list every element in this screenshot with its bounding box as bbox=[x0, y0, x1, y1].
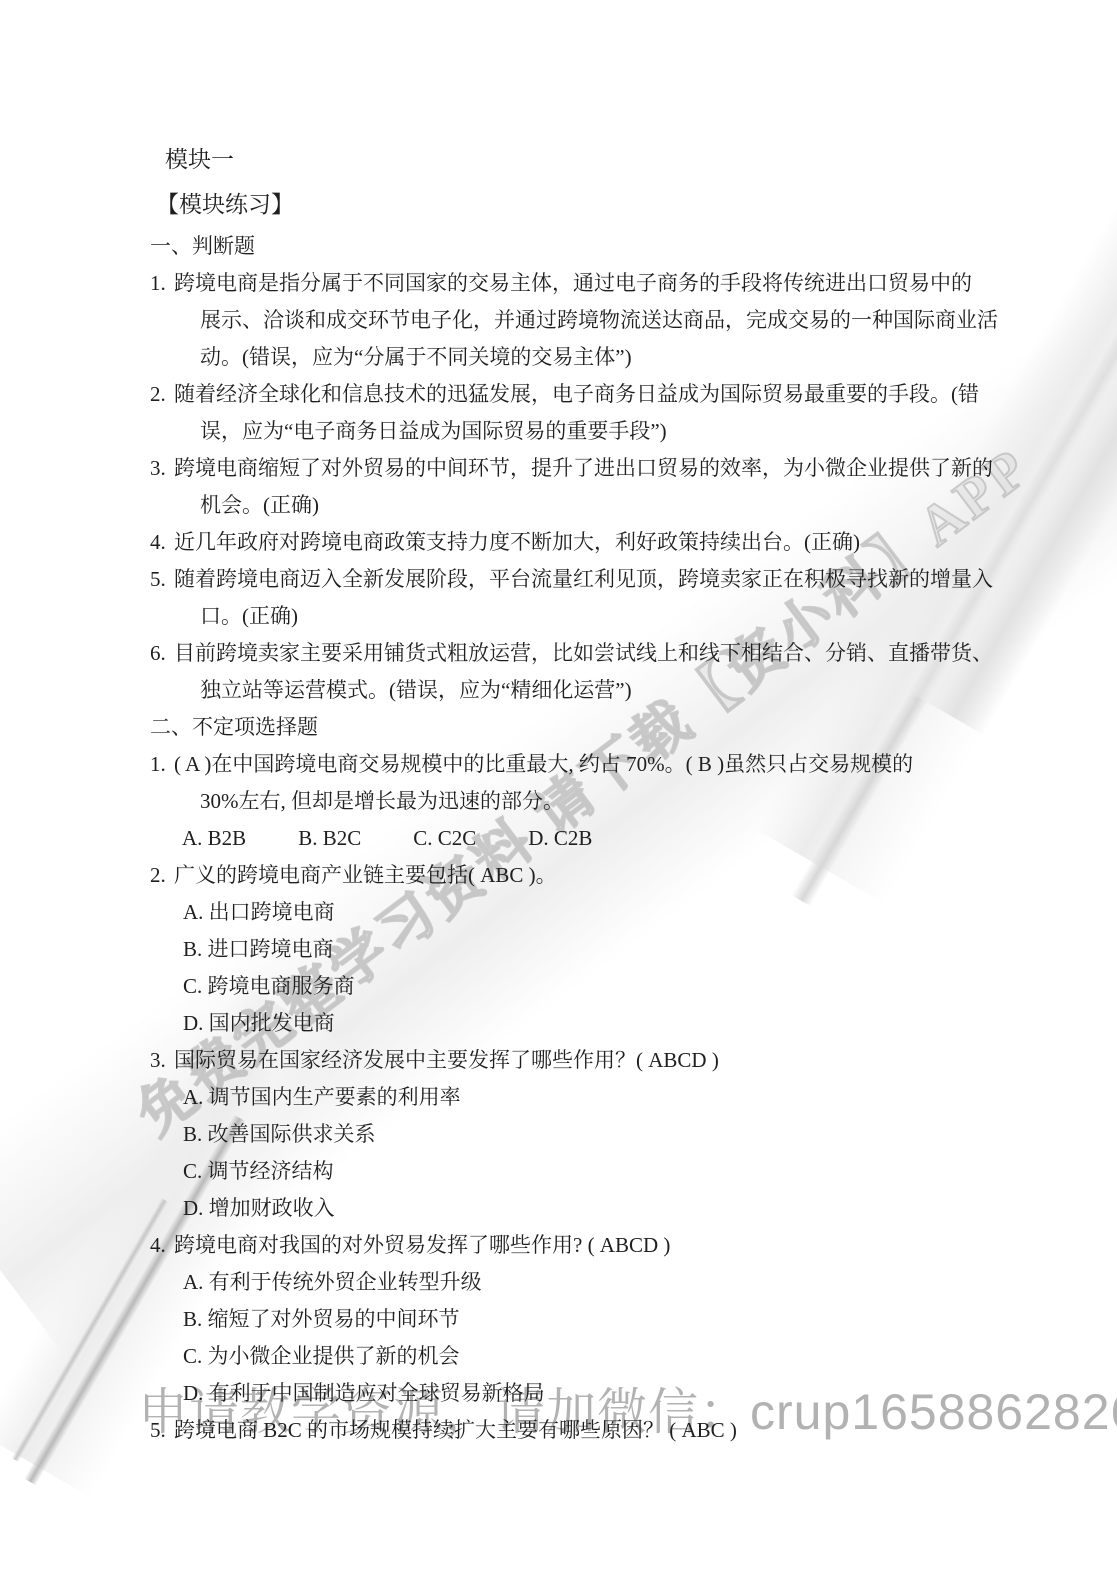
option-line: B. 缩短了对外贸易的中间环节 bbox=[0, 1301, 1117, 1338]
question-number: 1. bbox=[150, 265, 174, 302]
question-line: 3.跨境电商缩短了对外贸易的中间环节，提升了进出口贸易的效率，为小微企业提供了新… bbox=[0, 450, 1117, 487]
question-text: 目前跨境卖家主要采用铺货式粗放运营，比如尝试线上和线下相结合、分销、直播带货、 bbox=[174, 641, 993, 665]
option-item: B. B2C bbox=[298, 820, 361, 857]
question-number: 3. bbox=[150, 450, 174, 487]
question-text: ( A )在中国跨境电商交易规模中的比重最大, 约占 70%。( B )虽然只占… bbox=[174, 752, 913, 776]
document-page: 免费完整学习资料 请下载【资小科】APP 申请教学资源，请加微信：crup165… bbox=[0, 0, 1117, 1579]
question-text: 近几年政府对跨境电商政策支持力度不断加大，利好政策持续出台。(正确) bbox=[174, 530, 860, 554]
question-text: 广义的跨境电商产业链主要包括( ABC )。 bbox=[174, 863, 557, 887]
question-number: 2. bbox=[150, 376, 174, 413]
question-line: 机会。(正确) bbox=[0, 487, 1117, 524]
question-text: 跨境电商是指分属于不同国家的交易主体，通过电子商务的手段将传统进出口贸易中的 bbox=[174, 271, 972, 295]
question-line: 1.( A )在中国跨境电商交易规模中的比重最大, 约占 70%。( B )虽然… bbox=[0, 746, 1117, 783]
option-item: D. C2B bbox=[528, 820, 592, 857]
question-line: 5.随着跨境电商迈入全新发展阶段，平台流量红利见顶，跨境卖家正在积极寻找新的增量… bbox=[0, 561, 1117, 598]
question-line: 口。(正确) bbox=[0, 598, 1117, 635]
question-line: 展示、洽谈和成交环节电子化，并通过跨境物流送达商品，完成交易的一种国际商业活 bbox=[0, 302, 1117, 339]
question-text: 随着跨境电商迈入全新发展阶段，平台流量红利见顶，跨境卖家正在积极寻找新的增量入 bbox=[174, 567, 993, 591]
option-line: A. 调节国内生产要素的利用率 bbox=[0, 1079, 1117, 1116]
option-line: B. 进口跨境电商 bbox=[0, 931, 1117, 968]
document-content: 模块一 【模块练习】 一、判断题1.跨境电商是指分属于不同国家的交易主体，通过电… bbox=[0, 0, 1117, 1579]
option-line: C. 为小微企业提供了新的机会 bbox=[0, 1338, 1117, 1375]
option-line: D. 国内批发电商 bbox=[0, 1005, 1117, 1042]
question-line: 4.跨境电商对我国的对外贸易发挥了哪些作用? ( ABCD ) bbox=[0, 1227, 1117, 1264]
option-line: C. 调节经济结构 bbox=[0, 1153, 1117, 1190]
question-line: 6.目前跨境卖家主要采用铺货式粗放运营，比如尝试线上和线下相结合、分销、直播带货… bbox=[0, 635, 1117, 672]
question-line: 3.国际贸易在国家经济发展中主要发挥了哪些作用？( ABCD ) bbox=[0, 1042, 1117, 1079]
question-line: 5.跨境电商 B2C 的市场规模持续扩大主要有哪些原因？ ( ABC ) bbox=[0, 1412, 1117, 1449]
question-number: 5. bbox=[150, 561, 174, 598]
question-line: 2.随着经济全球化和信息技术的迅猛发展，电子商务日益成为国际贸易最重要的手段。(… bbox=[0, 376, 1117, 413]
question-line: 动。(错误，应为“分属于不同关境的交易主体”) bbox=[0, 339, 1117, 376]
module-title: 模块一 bbox=[165, 141, 234, 174]
question-line: 2.广义的跨境电商产业链主要包括( ABC )。 bbox=[0, 857, 1117, 894]
question-line: 4.近几年政府对跨境电商政策支持力度不断加大，利好政策持续出台。(正确) bbox=[0, 524, 1117, 561]
option-item: C. C2C bbox=[413, 820, 476, 857]
option-line: A. 有利于传统外贸企业转型升级 bbox=[0, 1264, 1117, 1301]
options-row: A. B2BB. B2CC. C2CD. C2B bbox=[0, 820, 1117, 857]
option-item: A. B2B bbox=[182, 820, 246, 857]
question-line: 误，应为“电子商务日益成为国际贸易的重要手段”) bbox=[0, 413, 1117, 450]
part2-heading: 二、不定项选择题 bbox=[0, 709, 1117, 746]
question-number: 4. bbox=[150, 524, 174, 561]
questions-flow: 一、判断题1.跨境电商是指分属于不同国家的交易主体，通过电子商务的手段将传统进出… bbox=[0, 228, 1117, 1449]
part1-heading: 一、判断题 bbox=[0, 228, 1117, 265]
question-text: 跨境电商缩短了对外贸易的中间环节，提升了进出口贸易的效率，为小微企业提供了新的 bbox=[174, 456, 993, 480]
question-number: 1. bbox=[150, 746, 174, 783]
question-text: 国际贸易在国家经济发展中主要发挥了哪些作用？( ABCD ) bbox=[174, 1048, 719, 1072]
question-number: 2. bbox=[150, 857, 174, 894]
question-number: 6. bbox=[150, 635, 174, 672]
exercise-header: 【模块练习】 bbox=[156, 186, 294, 219]
question-text: 随着经济全球化和信息技术的迅猛发展，电子商务日益成为国际贸易最重要的手段。(错 bbox=[174, 382, 979, 406]
option-line: B. 改善国际供求关系 bbox=[0, 1116, 1117, 1153]
question-number: 4. bbox=[150, 1227, 174, 1264]
option-line: C. 跨境电商服务商 bbox=[0, 968, 1117, 1005]
question-number: 3. bbox=[150, 1042, 174, 1079]
question-line: 独立站等运营模式。(错误，应为“精细化运营”) bbox=[0, 672, 1117, 709]
question-number: 5. bbox=[150, 1412, 174, 1449]
question-text: 跨境电商 B2C 的市场规模持续扩大主要有哪些原因？ ( ABC ) bbox=[174, 1418, 737, 1442]
question-line: 30%左右, 但却是增长最为迅速的部分。 bbox=[0, 783, 1117, 820]
option-line: D. 有利于中国制造应对全球贸易新格局 bbox=[0, 1375, 1117, 1412]
option-line: A. 出口跨境电商 bbox=[0, 894, 1117, 931]
option-line: D. 增加财政收入 bbox=[0, 1190, 1117, 1227]
question-text: 跨境电商对我国的对外贸易发挥了哪些作用? ( ABCD ) bbox=[174, 1233, 670, 1257]
question-line: 1.跨境电商是指分属于不同国家的交易主体，通过电子商务的手段将传统进出口贸易中的 bbox=[0, 265, 1117, 302]
